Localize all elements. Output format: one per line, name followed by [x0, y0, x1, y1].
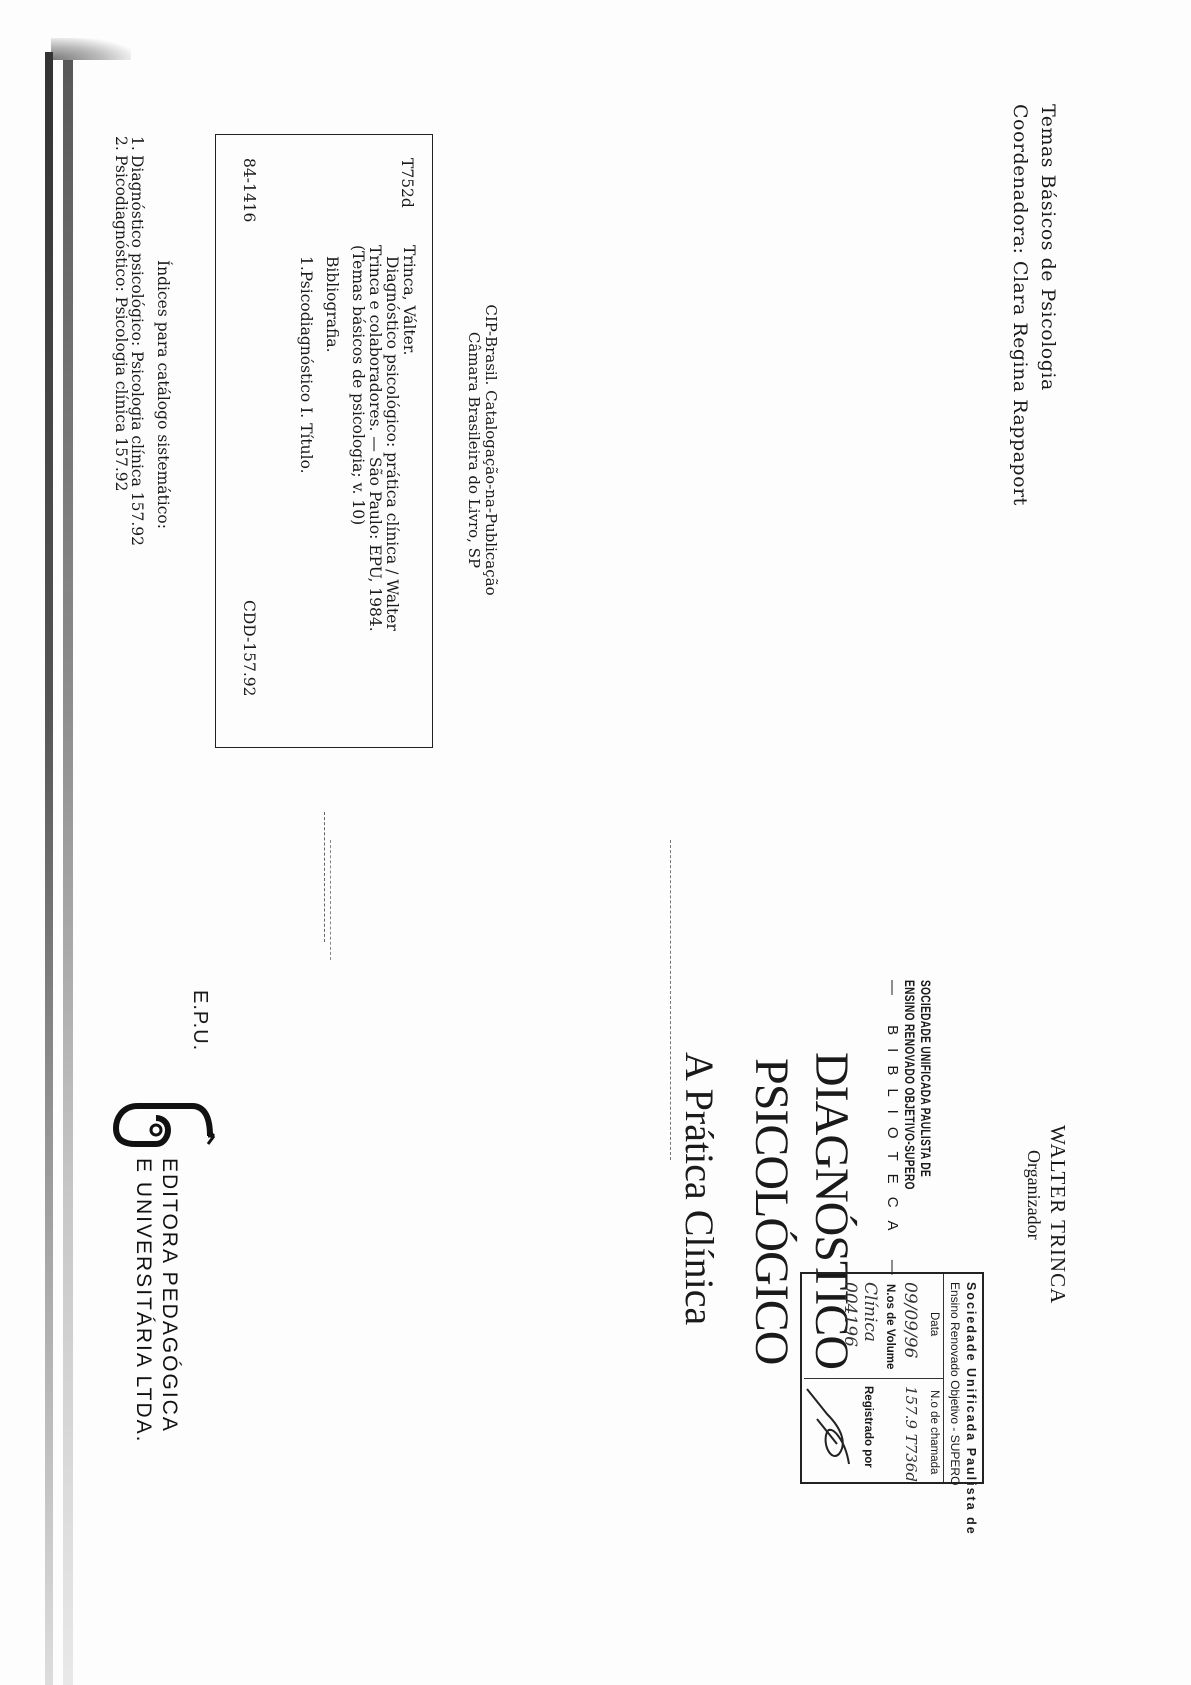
- book-title-line2: PSICOLÓGICO: [747, 1058, 795, 1364]
- library-stamp-line1: SOCIEDADE UNIFICADA PAULISTA DE: [918, 980, 933, 1218]
- publisher-abbr: E.P.U.: [188, 990, 211, 1051]
- series-coordinator: Coordenadora: Clara Regina Rappaport: [1009, 104, 1031, 506]
- fold-mark: [324, 812, 325, 942]
- reg-stamp-header-2: Ensino Renovado Objetivo - SUPERO: [948, 1282, 962, 1485]
- book-subtitle: A Prática Clínica: [676, 1052, 723, 1325]
- reg-stamp-volume-label: N.os de Volume: [884, 1284, 896, 1369]
- reg-stamp-header-1: Sociedade Unificada Paulista de: [964, 1282, 978, 1536]
- series-title: Temas Básicos de Psicologia: [1037, 104, 1059, 391]
- reg-stamp-callno-value: 157.9 T736d: [902, 1386, 920, 1482]
- reg-stamp-registered-label: Registrado por: [862, 1386, 874, 1468]
- registration-stamp: Sociedade Unificada Paulista de Ensino R…: [800, 1272, 984, 1484]
- scan-shadow-top: [63, 60, 73, 1685]
- scan-shadow-corner: [51, 38, 131, 60]
- index-heading: Índices para catálogo sistemático:: [154, 260, 171, 529]
- library-stamp-line3: — BIBLIOTECA —: [884, 980, 901, 1288]
- cip-record-number: 84-1416: [240, 158, 257, 222]
- index-item-2: Psicodiagnóstico: Psicologia clínica 157…: [112, 155, 129, 492]
- scanned-book-spread: Temas Básicos de Psicologia Coordenadora…: [0, 0, 1191, 1685]
- reg-stamp-date-value: 09/09/96: [900, 1282, 920, 1358]
- reg-stamp-date-label: Data: [928, 1312, 940, 1336]
- cip-cdd: CDD-157.92: [240, 600, 257, 696]
- epu-logo-icon: [111, 1100, 216, 1150]
- index-item-1: Diagnóstico psicológico: Psicologia clín…: [128, 155, 145, 546]
- cip-series-line: (Temas básicos de psicologia; v. 10): [349, 245, 366, 525]
- cip-heading-1: CIP-Brasil. Catalogação-na-Publicação: [482, 250, 499, 650]
- index-item-2-num: 2.: [112, 136, 129, 151]
- reg-stamp-volume-value-2: 004196: [840, 1282, 860, 1347]
- library-stamp-line2: ENSINO RENOVADO OBJETIVO-SUPERO: [902, 980, 917, 1218]
- author-name: WALTER TRINCA: [1045, 1125, 1070, 1304]
- cip-call-number: T752d: [398, 158, 415, 208]
- reg-stamp-callno-label: N.o de chamada: [928, 1390, 940, 1474]
- cip-subjects: 1.Psicodiagnóstico I. Título.: [297, 256, 314, 474]
- fold-line: [330, 840, 331, 960]
- cip-imprint-line: Trinca e colaboradores. — São Paulo: EPU…: [366, 245, 383, 632]
- index-item-1-num: 1.: [128, 136, 145, 151]
- fold-line: [670, 840, 671, 1160]
- cip-author: Trinca, Válter.: [400, 245, 417, 355]
- cip-heading-2: Câmara Brasileira do Livro, SP: [465, 250, 482, 650]
- reg-stamp-volume-value: Clínica: [860, 1282, 880, 1342]
- cip-title-line: Diagnóstico psicológico: prática clínica…: [383, 256, 400, 631]
- publisher-name-line2: E UNIVERSITÁRIA LTDA.: [131, 1158, 155, 1444]
- cip-bibliography: Bibliografia.: [323, 256, 340, 353]
- scan-shadow-bottom: [45, 52, 53, 1685]
- author-role: Organizador: [1023, 1150, 1044, 1240]
- publisher-name-line1: EDITORA PEDAGÓGICA: [157, 1158, 181, 1433]
- signature-icon: [802, 1384, 857, 1474]
